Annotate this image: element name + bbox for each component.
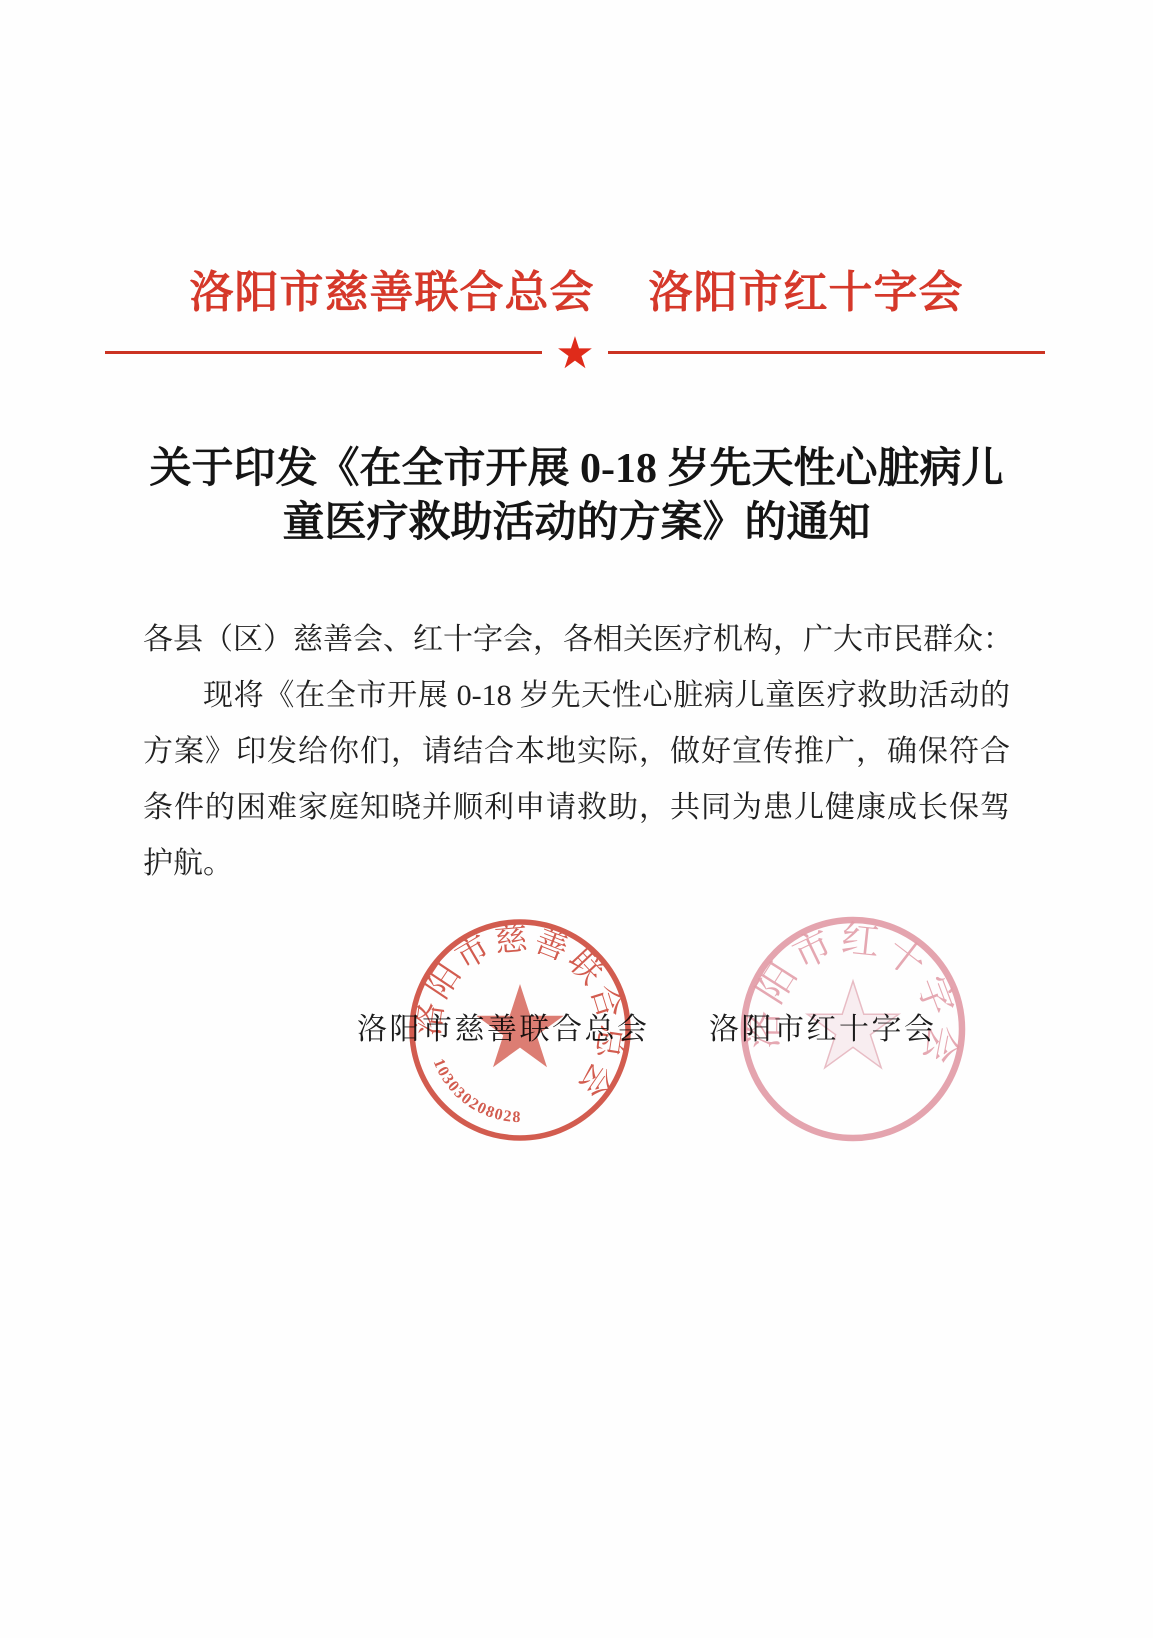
body-line: 条件的困难家庭知晓并顺利申请救助，共同为患儿健康成长保驾: [143, 780, 1010, 836]
letterhead-org-charity: 洛阳市慈善联合总会: [190, 268, 595, 318]
signature-red-cross: 洛阳市红十字会: [709, 1010, 937, 1050]
salutation-line: 各县（区）慈善会、红十字会，各相关医疗机构，广大市民群众：: [143, 612, 1010, 668]
document-page: 洛阳市慈善联合总会 洛阳市红十字会 ★ 关于印发《在全市开展 0-18 岁先天性…: [0, 0, 1153, 1638]
divider-line-left: [105, 351, 542, 354]
body-line: 护航。: [143, 836, 1010, 892]
body-line: 现将《在全市开展 0-18 岁先天性心脏病儿童医疗救助活动的: [143, 668, 1010, 724]
letterhead-org-names: 洛阳市慈善联合总会 洛阳市红十字会: [0, 268, 1153, 318]
signature-charity-federation: 洛阳市慈善联合总会: [357, 1010, 650, 1050]
seal-serial-number: 103030208028: [430, 1056, 522, 1126]
document-title: 关于印发《在全市开展 0-18 岁先天性心脏病儿童医疗救助活动的方案》的通知: [136, 442, 1017, 550]
body-line: 方案》印发给你们，请结合本地实际，做好宣传推广，确保符合: [143, 724, 1010, 780]
letterhead-org-redcross: 洛阳市红十字会: [649, 268, 964, 318]
letterhead-divider: ★: [105, 330, 1045, 374]
star-icon: ★: [555, 332, 594, 376]
document-body: 各县（区）慈善会、红十字会，各相关医疗机构，广大市民群众： 现将《在全市开展 0…: [143, 612, 1010, 892]
svg-text:103030208028: 103030208028: [430, 1056, 522, 1126]
divider-line-right: [608, 351, 1045, 354]
